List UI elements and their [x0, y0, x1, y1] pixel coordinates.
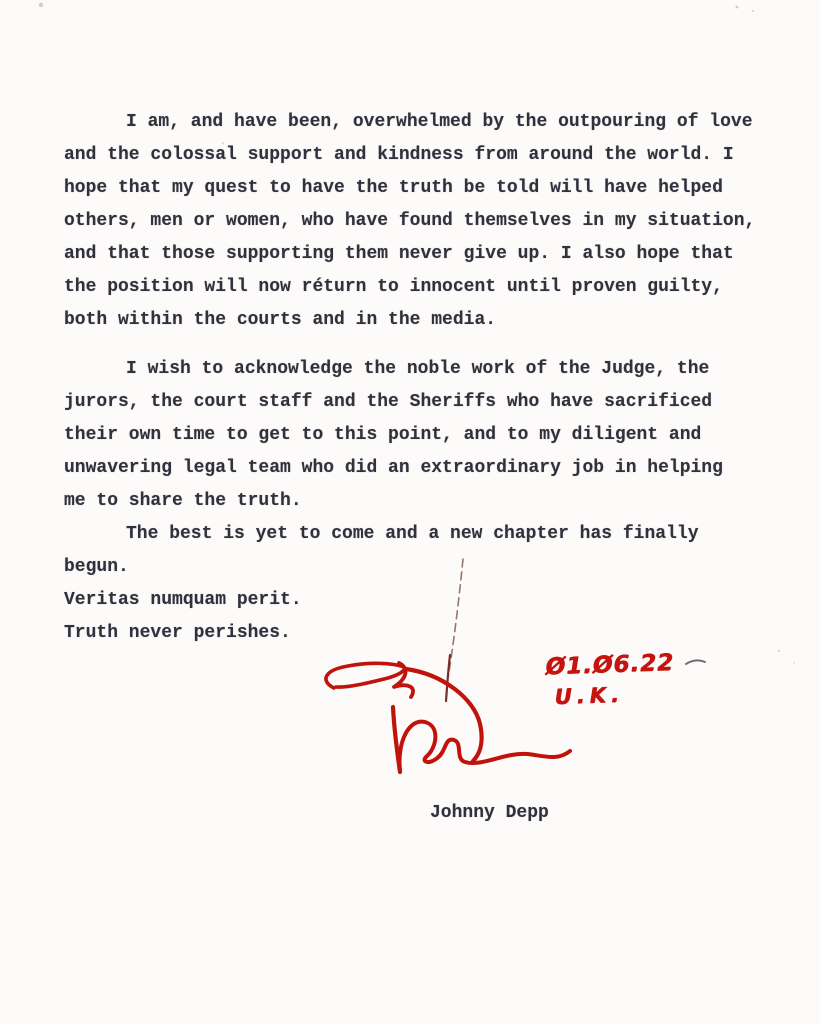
signature-upstroke — [446, 655, 450, 701]
paper-speck — [39, 3, 43, 7]
letter-line: others, men or women, who have found the… — [64, 205, 774, 238]
paper-speck — [778, 650, 780, 652]
letter-line: jurors, the court staff and the Sheriffs… — [64, 386, 774, 419]
letter-line: Veritas numquam perit. — [64, 584, 774, 617]
scanned-letter-page: I am, and have been, overwhelmed by the … — [0, 0, 820, 1024]
letter-line: The best is yet to come and a new chapte… — [64, 518, 774, 551]
letter-line: Truth never perishes. — [64, 617, 774, 650]
paper-speck — [793, 662, 795, 664]
signature-flourish-loop — [326, 663, 404, 688]
letter-line: and that those supporting them never giv… — [64, 238, 774, 271]
letter-line: begun. — [64, 551, 774, 584]
letter-line: I am, and have been, overwhelmed by the … — [64, 106, 774, 139]
signer-name: Johnny Depp — [430, 803, 549, 823]
paper-speck — [752, 10, 754, 12]
signature-loops-and-tail — [400, 722, 570, 770]
handwritten-date: Ø1.Ø6.22 — [545, 652, 674, 679]
letter-line: both within the courts and in the media. — [64, 304, 774, 337]
signature-arc — [406, 669, 482, 761]
latin-motto-line: Veritas numquam perit. — [64, 584, 774, 617]
letter-line: hope that my quest to have the truth be … — [64, 172, 774, 205]
grey-pen-dash — [686, 660, 705, 664]
paragraph-2: I wish to acknowledge the noble work of … — [64, 353, 774, 518]
letter-line: their own time to get to this point, and… — [64, 419, 774, 452]
letter-line: and the colossal support and kindness fr… — [64, 139, 774, 172]
paragraph-3: The best is yet to come and a new chapte… — [64, 518, 774, 584]
handwritten-location: U.K. — [554, 683, 675, 708]
paper-speck — [736, 6, 739, 9]
motto-translation-line: Truth never perishes. — [64, 617, 774, 650]
paragraph-1: I am, and have been, overwhelmed by the … — [64, 106, 774, 337]
signature-scribble — [326, 663, 570, 772]
letter-line: the position will now réturn to innocent… — [64, 271, 774, 304]
letter-line: I wish to acknowledge the noble work of … — [64, 353, 774, 386]
handwritten-date-block: Ø1.Ø6.22 U.K. — [545, 652, 675, 708]
letter-line: unwavering legal team who did an extraor… — [64, 452, 774, 485]
letter-body: I am, and have been, overwhelmed by the … — [64, 106, 774, 650]
signature-stem — [393, 707, 400, 772]
signature-zigzag — [394, 663, 413, 697]
letter-line: me to share the truth. — [64, 485, 774, 518]
